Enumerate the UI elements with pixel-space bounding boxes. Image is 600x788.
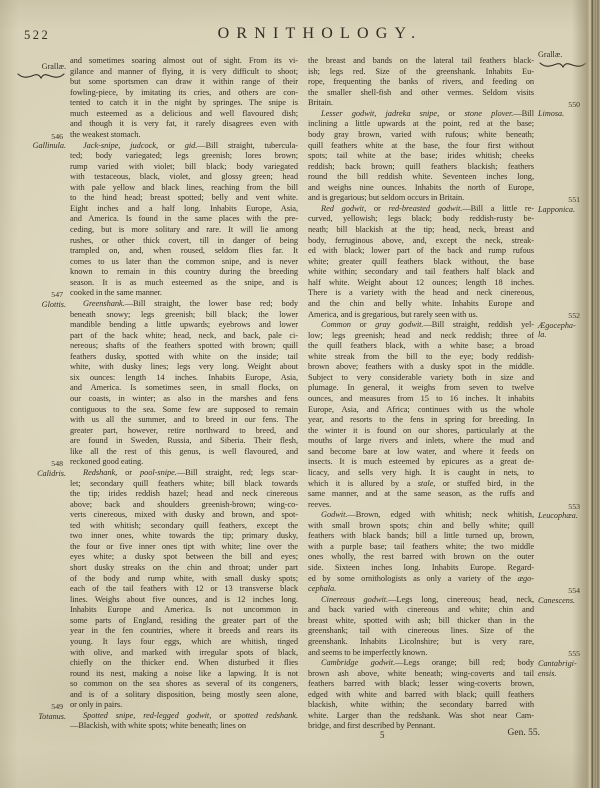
order-label: Grallæ. [2,62,69,81]
species-name: Calidris. [2,469,66,479]
text-line: young. It lays four eggs, which are whit… [70,637,298,648]
text-line: ed with black; lower part of the back an… [308,246,534,257]
text-line: Spotted snipe, red-legged godwit, or spo… [70,711,298,722]
text-line: low; legs greenish; head and neck reddis… [308,331,534,342]
text-line: with olive, and marked with irregular sp… [70,648,298,659]
text-line: There is a variety with the head and nec… [308,288,534,299]
text-line: with testaceous, black, violet, and glos… [70,172,298,183]
paragraph: Redshank, or pool-snipe.—Bill straight, … [70,468,298,711]
text-line: trampled on, and, when roused, seldom fl… [70,246,298,257]
text-line: nereous; shafts of the feathers spotted … [70,341,298,352]
text-line: comes to us later than the common snipe,… [70,257,298,268]
text-line: ed by some ornithologists as only a vari… [308,574,534,585]
text-line: rushes, or other thick covert, till in d… [70,236,298,247]
text-line: ted; body variegated; legs greenish; lor… [70,151,298,162]
species-name: Totanus. [2,712,66,722]
text-line: tented to catch it in the night by sprin… [70,98,298,109]
text-line: and back varied with cinereous and white… [308,605,534,616]
text-line: contiguous to the sea. Some few are supp… [70,405,298,416]
text-line: like all the rest of this genus, is well… [70,447,298,458]
text-line: Britain. [308,98,534,109]
text-line: feathers dusky, spotted with white on th… [70,352,298,363]
text-line: Redshank, or pool-snipe.—Bill straight, … [70,468,298,479]
text-line: the winter it is found on our shores, pa… [308,426,534,437]
text-line: body gray brown, varied with rufous; whi… [308,130,534,141]
text-line: and seems to be imperfectly known. [308,648,534,659]
text-line: Eight inches and a half long. Inhabits E… [70,204,298,215]
text-line: with a purple base; tail feathers white;… [308,542,534,553]
text-line: edged with white and barred with black; … [308,690,534,701]
left-column: and sometimes soaring almost out of sigh… [70,56,298,732]
text-line: and America. Is found in the same places… [70,214,298,225]
species-name: Glottis. [2,300,66,310]
text-line: chiefly on the thicker end. When disturb… [70,658,298,669]
text-line: brown above; feathers with a dusky spot … [308,362,534,373]
text-line: body, ferruginous above, and, except the… [308,236,534,247]
text-line: some parts of England, residing the grea… [70,616,298,627]
text-line: or only in pairs. [70,700,298,711]
text-line: Red godwit, or red-breasted godwit.—Bill… [308,204,534,215]
species-name: Gallinula. [2,141,66,151]
text-line: cooked in the same manner. [70,288,298,299]
text-line: ish; legs red. Size of the greenshank. I… [308,67,534,78]
right-column: the breast and bands on the lateral tail… [308,56,534,732]
text-line: white; greater quill feathers black with… [308,257,534,268]
text-line: year in the fen countries, where it bree… [70,626,298,637]
paragraph: Cinereous godwit.—Legs long, cinereous; … [308,595,534,658]
species-number: 547 [2,290,66,300]
text-line: ted with whitish; secondary quill feathe… [70,521,298,532]
text-line: brown ash above, white beneath; wing-cov… [308,669,534,680]
text-line: white within; secondary and tail feather… [308,267,534,278]
text-line: Lesser godwit, jadreka snipe, or stone p… [308,109,534,120]
text-line: Cinereous godwit.—Legs long, cinereous; … [308,595,534,606]
text-line: round its nest, making a noise like a la… [70,669,298,680]
text-line: the weakest stomach. [70,130,298,141]
text-line: Common or gray godwit.—Bill straight, re… [308,320,534,331]
text-line: feathers barred with black; lesser wing-… [308,679,534,690]
text-line: each of the tail feathers with 12 or 13 … [70,584,298,595]
text-line: but some sportsmen can draw it within ra… [70,77,298,88]
text-line: ceding, but is more solitary and rare. I… [70,225,298,236]
text-line: which it is allured by a stale, or stuff… [308,479,534,490]
paragraph: Common or gray godwit.—Bill straight, re… [308,320,534,510]
text-line: beneath snowy; legs greenish; bill black… [70,310,298,321]
text-line: America, and is gregarious, but rarely s… [308,310,534,321]
text-line: white streak from the bill to the eye; b… [308,352,534,363]
text-line: of the body and rump white, with small d… [70,574,298,585]
text-line: neath; bill blackish at the tip; head, n… [308,225,534,236]
text-line: and though it is very fat, it rarely dis… [70,119,298,130]
catchword: Gen. 55. [470,728,540,738]
text-line: Godwit.—Brown, edged with whitish; neck … [308,510,534,521]
text-line: mandible bending a little upwards; eyebr… [70,320,298,331]
margin-note: 546Gallinula. [2,132,69,151]
text-line: lines. Weighs about five ounces, and is … [70,595,298,606]
text-line: quill feathers white at the base, the fo… [308,141,534,152]
text-line: same manner, and at the same season, as … [308,489,534,500]
text-line: so common on the sea shores as several o… [70,679,298,690]
text-line: to the hind head; breast spotted; belly … [70,193,298,204]
text-line: fowling-piece, by imitating its cries, a… [70,88,298,99]
text-line: insects. It is much esteemed by epicures… [308,457,534,468]
text-line: Greenshank.—Bill straight, the lower bas… [70,299,298,310]
text-line: six ounces: length 14 inches. Inhabits E… [70,373,298,384]
text-line: sand become bare at low water, and where… [308,447,534,458]
paragraph: Godwit.—Brown, edged with whitish; neck … [308,510,534,595]
book-page: 522 ORNITHOLOGY. and sometimes soaring a… [0,0,600,788]
text-line: let; secondary quill feathers white; bil… [70,479,298,490]
signature-mark: 5 [380,730,385,740]
brace-squiggle-icon [16,71,66,80]
text-line: year, and resorts to the fens in spring … [308,415,534,426]
text-line: with us all the summer, and to breed in … [70,415,298,426]
text-line: inclining a little upwards at the point,… [308,119,534,130]
text-line: and sometimes soaring almost out of sigh… [70,56,298,67]
text-line: verts cinereous, mixed with dusky and br… [70,510,298,521]
text-line: side. Sixteen inches long. Inhabits Euro… [308,563,534,574]
text-line: greenshank. Inhabits Licolnshire; but is… [308,637,534,648]
species-number: 549 [2,702,66,712]
margin-note: 548Calidris. [2,459,69,478]
text-line: —Blackish, with white spots; white benea… [70,721,298,732]
text-line: and the chin and belly white. Inhabits E… [308,299,534,310]
order-name: Grallæ. [2,62,66,72]
text-line: white, with dusky lines; legs very long.… [70,362,298,373]
text-line: the breast and bands on the lateral tail… [308,56,534,67]
text-line: Jack-snipe, judcock, or gid.—Bill straig… [70,141,298,152]
text-line: cephala. [308,584,534,595]
species-number: 548 [2,459,66,469]
text-line: ounces, and measures from 15 to 16 inche… [308,394,534,405]
text-line: and America. Is sometimes seen, in small… [70,383,298,394]
text-line: reddish; back brown; quill feathers blac… [308,162,534,173]
text-line: two inner ones, white towards the tip; p… [70,531,298,542]
text-line: the four or five inner ones tipt with wh… [70,542,298,553]
text-line: our coasts, in winter; as also in the ma… [70,394,298,405]
paragraph: Spotted snipe, red-legged godwit, or spo… [70,711,298,732]
species-number: 546 [2,132,66,142]
page-title: ORNITHOLOGY. [105,25,535,43]
text-line: greenshank; tail with cinereous lines. S… [308,626,534,637]
text-line: above; back and shoulders greenish-brown… [70,500,298,511]
text-line: and is gregarious; but seldom occurs in … [308,193,534,204]
text-line: the tip; irides reddish hazel; head and … [70,489,298,500]
paragraph: Jack-snipe, judcock, or gid.—Bill straig… [70,141,298,299]
text-line: Cambridge godwit.—Legs orange; bill red;… [308,658,534,669]
text-line: white. Larger than the redshank. Was sho… [308,711,534,722]
text-line: eyes white; a dusky spot between the bil… [70,552,298,563]
text-line: feathers with black bands; bill a little… [308,531,534,542]
text-line: season. It is as much esteemed as the sn… [70,278,298,289]
text-line: gilance and manner of flying, it is very… [70,67,298,78]
margin-note: 547Glottis. [2,290,69,309]
text-line: mouths of large rivers and inlets, where… [308,436,534,447]
stacked-pages-texture [593,0,600,788]
text-line: reckoned good eating. [70,457,298,468]
text-line: rope, frequenting the banks of rivers, a… [308,77,534,88]
text-line: blackish, white within; the secondary ba… [308,700,534,711]
paragraph: Cambridge godwit.—Legs orange; bill red;… [308,658,534,732]
paragraph: Red godwit, or red-breasted godwit.—Bill… [308,204,534,320]
text-line: Subject to very considerable variety bot… [308,373,534,384]
paragraph: Lesser godwit, jadreka snipe, or stone p… [308,109,534,204]
text-line: curved, yellowish; legs black; body redd… [308,214,534,225]
text-line: half white. Weight about 12 ounces; leng… [308,278,534,289]
text-line: reeves. [308,500,534,511]
text-line: rump varied with violet; bill black; bod… [70,162,298,173]
text-line: plumage. In general, it weighs from seve… [308,383,534,394]
margin-note: 549Totanus. [2,702,69,721]
text-line: licacy, and sells very high. It is caugh… [308,468,534,479]
paragraph: Greenshank.—Bill straight, the lower bas… [70,299,298,468]
text-line: Inhabits Europe and America. Is not unco… [70,605,298,616]
text-line: Europe, Asia, and Africa; continues with… [308,405,534,416]
text-line: and is of a solitary disposition, being … [70,690,298,701]
page-number: 522 [24,28,50,43]
paragraph: the breast and bands on the lateral tail… [308,56,534,109]
text-line: are found in Sweden, Russia, and Siberia… [70,436,298,447]
text-line: greater part, however, retire northward … [70,426,298,437]
text-line: much esteemed as a delicious and well fl… [70,109,298,120]
text-line: short dusky streaks on the chin and thro… [70,563,298,574]
text-line: and weighs nine ounces. Inhabits the nor… [308,183,534,194]
text-line: with pale yellow and black lines, reachi… [70,183,298,194]
text-line: part of the back white; head, neck, and … [70,331,298,342]
text-line: ones wholly, the rest barred with brown … [308,552,534,563]
text-line: the quill feathers black, with a white b… [308,341,534,352]
text-line: round the bill reddish white. Seventeen … [308,172,534,183]
text-line: with small brown spots; chin and belly w… [308,521,534,532]
text-line: spots; tail white at the base; irides wh… [308,151,534,162]
paragraph: and sometimes soaring almost out of sigh… [70,56,298,141]
text-line: the smaller shell-fish and other vermes.… [308,88,534,99]
page-edge [572,0,600,788]
text-line: known to remain in this country during t… [70,267,298,278]
text-line: breast white, spotted with ash; bill thi… [308,616,534,627]
